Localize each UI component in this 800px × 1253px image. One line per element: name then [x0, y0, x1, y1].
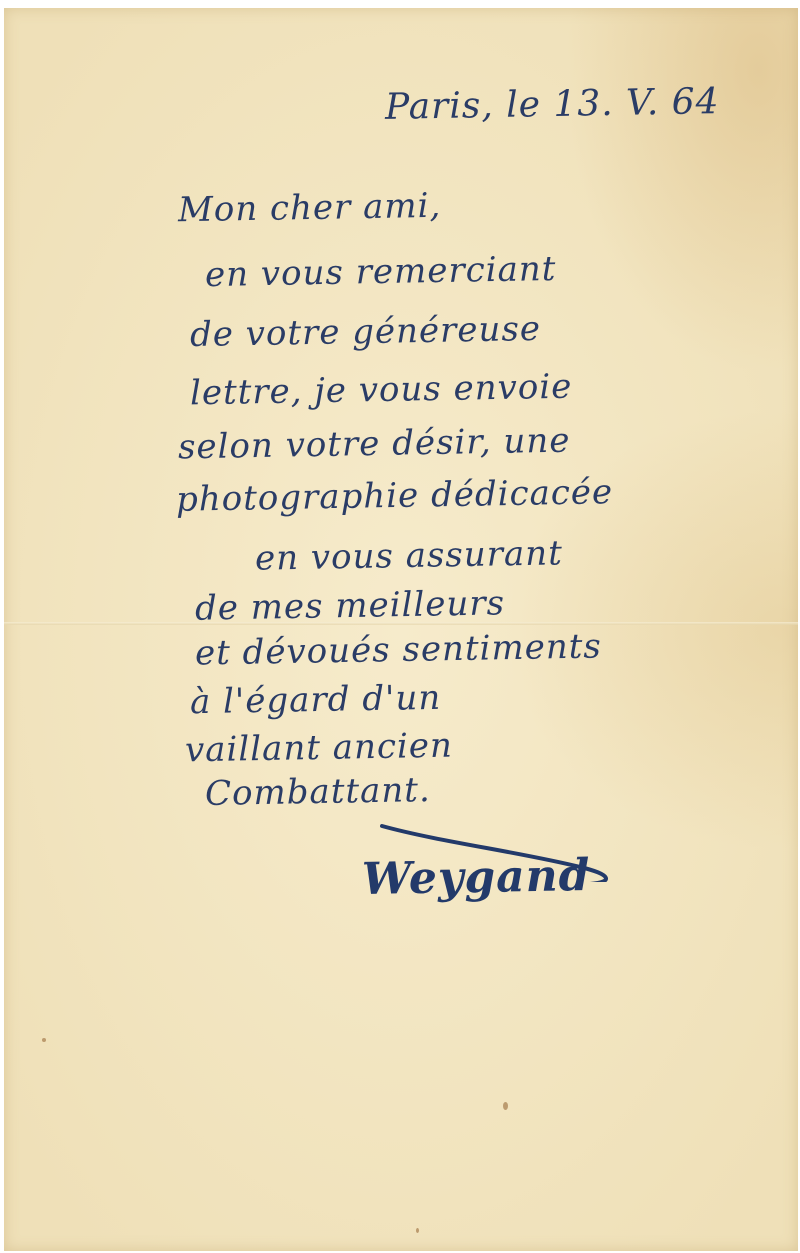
- body-line: et dévoués sentiments: [195, 626, 602, 673]
- paper-stain: [42, 1038, 46, 1042]
- body-line: selon votre désir, une: [178, 421, 571, 468]
- body-line: de mes meilleurs: [195, 583, 506, 628]
- body-line: à l'égard d'un: [190, 678, 442, 722]
- body-line: en vous assurant: [255, 533, 563, 578]
- body-line: photographie dédicacée: [176, 472, 614, 520]
- body-line: vaillant ancien: [185, 726, 454, 771]
- dateline: Paris, le 13. V. 64: [385, 81, 720, 128]
- paper-stain: [503, 1102, 508, 1110]
- salutation: Mon cher ami,: [178, 186, 442, 231]
- body-line: de votre généreuse: [190, 309, 542, 355]
- body-line: lettre, je vous envoie: [190, 367, 573, 414]
- body-line: en vous remerciant: [205, 249, 557, 295]
- signature: Weygand: [362, 850, 591, 905]
- paper-stain: [416, 1228, 419, 1233]
- body-line: Combattant.: [205, 770, 431, 814]
